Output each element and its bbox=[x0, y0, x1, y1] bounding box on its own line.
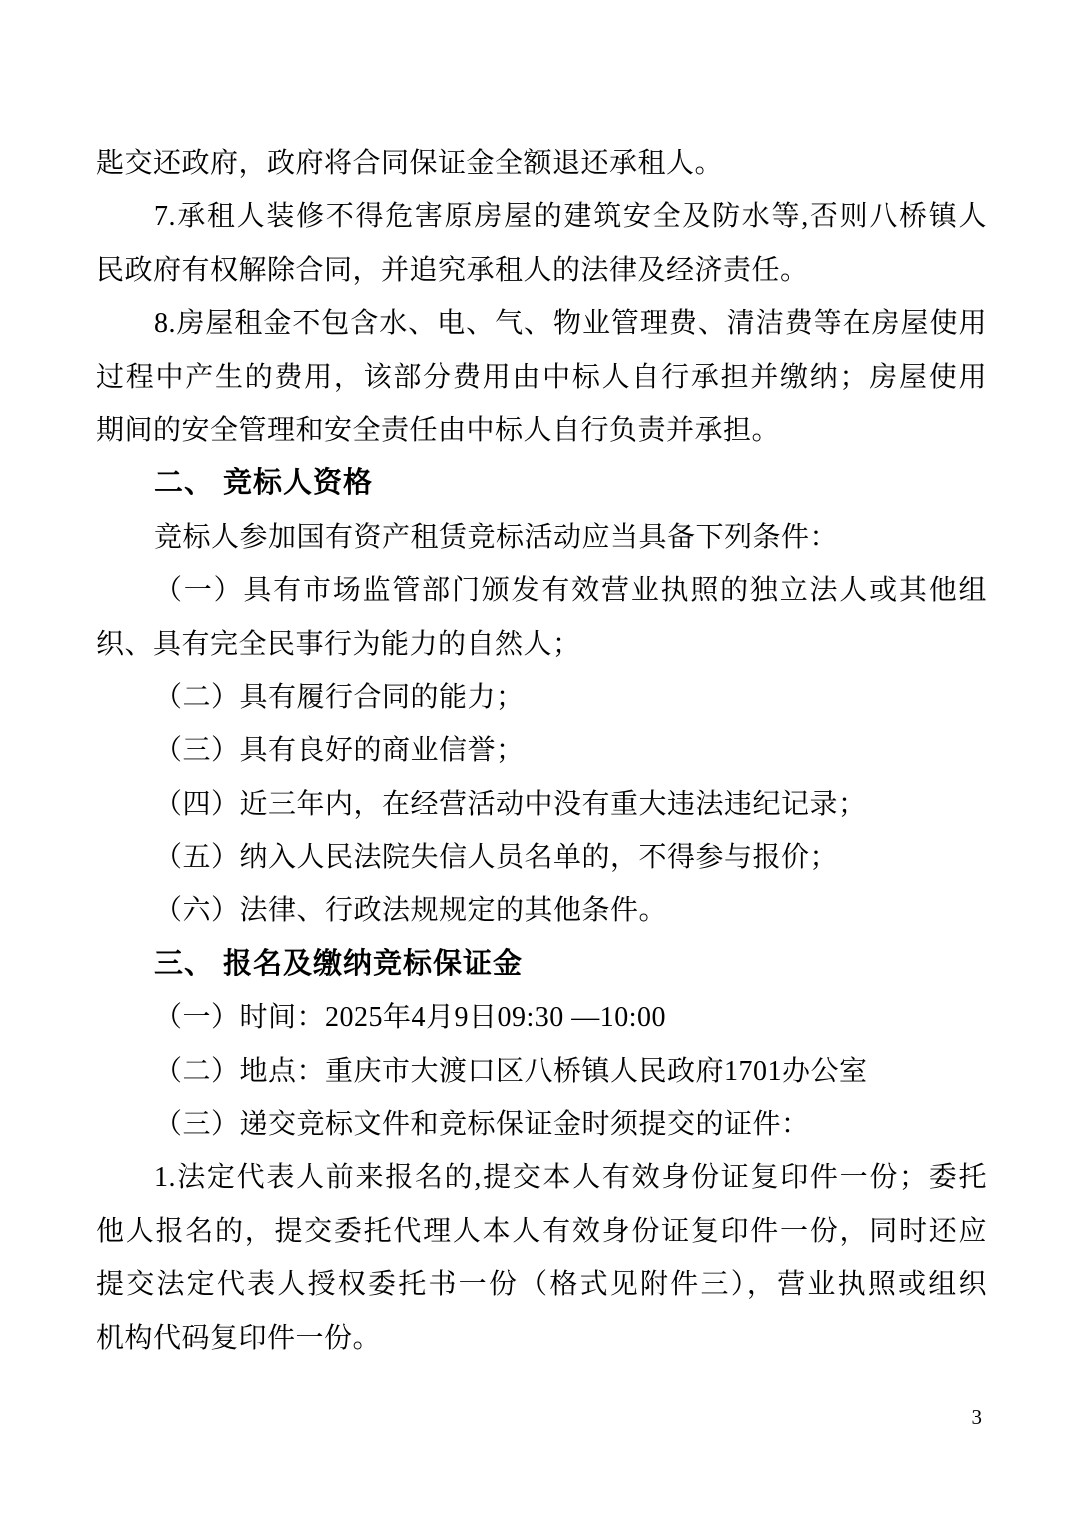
text-line: （一）具有市场监管部门颁发有效营业执照的独立法人或其他组 bbox=[96, 564, 987, 617]
text-line: （五）纳入人民法院失信人员名单的，不得参与报价； bbox=[96, 831, 987, 884]
document-body: 匙交还政府，政府将合同保证金全额退还承租人。7.承租人装修不得危害原房屋的建筑安… bbox=[96, 137, 987, 1365]
text-line: 匙交还政府，政府将合同保证金全额退还承租人。 bbox=[96, 137, 987, 190]
text-line: 他人报名的，提交委托代理人本人有效身份证复印件一份，同时还应 bbox=[96, 1205, 987, 1258]
text-line: 竞标人参加国有资产租赁竞标活动应当具备下列条件： bbox=[96, 511, 987, 564]
text-line: 机构代码复印件一份。 bbox=[96, 1312, 987, 1365]
text-line: 民政府有权解除合同，并追究承租人的法律及经济责任。 bbox=[96, 244, 987, 297]
text-line: （三）具有良好的商业信誉； bbox=[96, 724, 987, 777]
page-number: 3 bbox=[972, 1402, 983, 1432]
text-line: （六）法律、行政法规规定的其他条件。 bbox=[96, 884, 987, 937]
text-line: 8.房屋租金不包含水、电、气、物业管理费、清洁费等在房屋使用 bbox=[96, 297, 987, 350]
text-line: （二）地点：重庆市大渡口区八桥镇人民政府1701办公室 bbox=[96, 1045, 987, 1098]
section-heading: 二、 竞标人资格 bbox=[96, 457, 987, 510]
text-line: （二）具有履行合同的能力； bbox=[96, 671, 987, 724]
text-line: 1.法定代表人前来报名的,提交本人有效身份证复印件一份；委托 bbox=[96, 1151, 987, 1204]
section-heading: 三、 报名及缴纳竞标保证金 bbox=[96, 938, 987, 991]
text-line: 7.承租人装修不得危害原房屋的建筑安全及防水等,否则八桥镇人 bbox=[96, 190, 987, 243]
text-line: 织、具有完全民事行为能力的自然人； bbox=[96, 618, 987, 671]
text-line: （四）近三年内，在经营活动中没有重大违法违纪记录； bbox=[96, 778, 987, 831]
text-line: 期间的安全管理和安全责任由中标人自行负责并承担。 bbox=[96, 404, 987, 457]
text-line: 提交法定代表人授权委托书一份（格式见附件三），营业执照或组织 bbox=[96, 1258, 987, 1311]
document-page: 匙交还政府，政府将合同保证金全额退还承租人。7.承租人装修不得危害原房屋的建筑安… bbox=[0, 0, 1074, 1520]
text-line: （一）时间：2025年4月9日09:30 —10:00 bbox=[96, 991, 987, 1044]
text-line: 过程中产生的费用，该部分费用由中标人自行承担并缴纳；房屋使用 bbox=[96, 351, 987, 404]
text-line: （三）递交竞标文件和竞标保证金时须提交的证件： bbox=[96, 1098, 987, 1151]
